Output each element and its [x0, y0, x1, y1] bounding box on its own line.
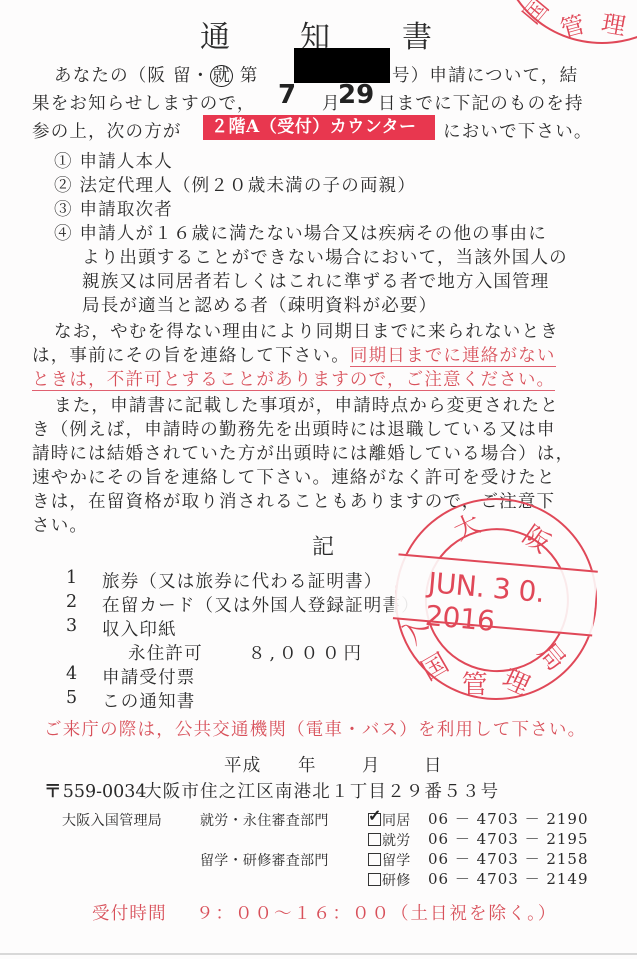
phone-number: 06 － 4703 － 2195	[428, 828, 589, 849]
person-item-cont: 局長が適当と認める者（疎明資料が必要）	[82, 292, 437, 317]
month-label-footer: 月	[362, 752, 381, 777]
stamp-char: 理	[599, 3, 629, 42]
person-item: ③ 申請取次者	[54, 196, 173, 221]
intro-line-3-suffix: においで下さい。	[443, 118, 593, 143]
street-address: 大阪市住之江区南港北１丁目２９番５３号	[144, 778, 499, 803]
reception-hours-label: 受付時間	[92, 900, 167, 925]
item-amount: ８,０００円	[248, 640, 365, 665]
notice-1-line-2: は，事前にその旨を連絡して下さい。同期日までに連絡がない	[32, 342, 556, 367]
phone-line-kenshu: 研修	[368, 870, 411, 890]
ki-heading: 記	[312, 530, 334, 561]
phone-line-shuro: 就労	[368, 830, 411, 850]
notice-2-line: さい。	[32, 512, 88, 537]
phone-label: 研修	[382, 873, 411, 889]
notice-1-black: は，事前にその旨を連絡して下さい。	[32, 346, 350, 366]
item-number: 3	[66, 616, 78, 636]
checkbox-checked[interactable]	[368, 813, 381, 826]
phone-number: 06 － 4703 － 2158	[428, 848, 589, 869]
phone-number: 06 － 4703 － 2190	[428, 808, 589, 829]
intro-mid: 第	[233, 66, 258, 86]
item-number: 4	[66, 664, 78, 684]
day-label: 日	[424, 752, 443, 777]
postal-code: 559-0034	[63, 782, 147, 802]
department-name: 就労・永住審査部門	[200, 810, 329, 830]
department-name: 留学・研修審査部門	[200, 850, 329, 870]
item-text: 旅券（又は旅券に代わる証明書）	[102, 568, 383, 593]
phone-line-doukyo: 同居	[368, 810, 411, 830]
item-text: この通知書	[102, 688, 196, 713]
top-right-stamp: 国 管 理	[500, 0, 637, 44]
stamp-char: 管	[462, 664, 488, 701]
intro-line-2-suffix: 日までに下記のものを持	[378, 90, 584, 115]
item-text: 申請受付票	[102, 664, 196, 689]
intro-prefix: あなたの（阪 留・	[54, 66, 210, 86]
item-subtext: 永住許可	[128, 640, 203, 665]
page-edge	[0, 953, 637, 955]
phone-line-ryugaku: 留学	[368, 850, 411, 870]
intro-line-3-prefix: 参の上，次の方が	[32, 118, 182, 143]
item-text: 在留カード（又は外国人登録証明書）	[102, 592, 420, 617]
notice-2-line: また，申請書に記載した事項が，申請時点から変更されたと	[54, 392, 559, 417]
checkbox-unchecked[interactable]	[368, 873, 381, 886]
year-label: 年	[298, 752, 317, 777]
phone-label: 留学	[382, 853, 411, 869]
notice-2-line: 請時には結婚されていた方が出頭時には離婚している場合）は，	[32, 440, 574, 465]
notice-2-line: 速やかにその旨を連絡して下さい。連絡がなく許可を受けたと	[32, 464, 556, 489]
item-number: 2	[66, 592, 78, 612]
checkbox-unchecked[interactable]	[368, 853, 381, 866]
stamp-char: 管	[556, 4, 588, 44]
counter-label: ２階A（受付）カウンター	[203, 115, 435, 140]
notice-2-line: き（例えば，申請時の勤務先を出頭時には退職している又は申	[32, 416, 556, 441]
person-item: ④ 申請人が１６歳に満たない場合又は疾病その他の事由に	[54, 220, 547, 245]
phone-number: 06 － 4703 － 2149	[428, 868, 589, 889]
notice-1-warning: 同期日までに連絡がない	[350, 346, 556, 367]
person-item: ② 法定代理人（例２０歳未満の子の両親）	[54, 172, 416, 197]
transport-notice: ご来庁の際は，公共交通機関（電車・バス）を利用して下さい。	[44, 716, 586, 741]
person-item: ① 申請人本人	[54, 148, 173, 173]
intro-line-1: あなたの（阪 留・就 第	[54, 62, 259, 87]
stamp-char: 国	[513, 0, 555, 30]
intro-line-2-prefix: 果をお知らせしますので，	[32, 90, 256, 115]
date-stamp: 大 阪 JUN. 3 0. 2016 入 国 管 理 局	[387, 490, 606, 709]
title-char: 通	[200, 12, 230, 56]
handwritten-month: 7	[278, 80, 296, 110]
notice-1-line-1: なお，やむを得ない理由により同期日までに来られないとき	[54, 318, 559, 343]
redacted-number	[294, 48, 390, 83]
item-number: 1	[66, 568, 78, 588]
title-char: 書	[402, 12, 432, 56]
item-text: 収入印紙	[102, 616, 177, 641]
item-number: 5	[66, 688, 78, 708]
era-label: 平成	[224, 752, 261, 777]
address: 〒559-0034	[44, 778, 147, 803]
handwritten-day: 29	[338, 80, 374, 110]
intro-line-1-suffix: 号）申請について，結	[392, 62, 578, 87]
checkbox-unchecked[interactable]	[368, 833, 381, 846]
phone-label: 就労	[382, 833, 411, 849]
notice-1-warning-cont: ときは，不許可とすることがありますので，ご注意ください。	[32, 366, 555, 391]
circled-category: 就	[210, 65, 233, 87]
office-name: 大阪入国管理局	[62, 810, 162, 830]
person-item-cont: 親族又は同居者若しくはこれに準ずる者で地方入国管理	[82, 268, 550, 293]
phone-label: 同居	[382, 813, 411, 829]
reception-hours: ９：００～１６：００（土日祝を除く。）	[196, 900, 557, 925]
person-item-cont: より出頭することができない場合において，当該外国人の	[82, 244, 568, 269]
postal-mark-icon: 〒	[44, 782, 63, 802]
notice-1-warning-text: ときは，不許可とすることがありますので，ご注意ください。	[32, 370, 555, 391]
